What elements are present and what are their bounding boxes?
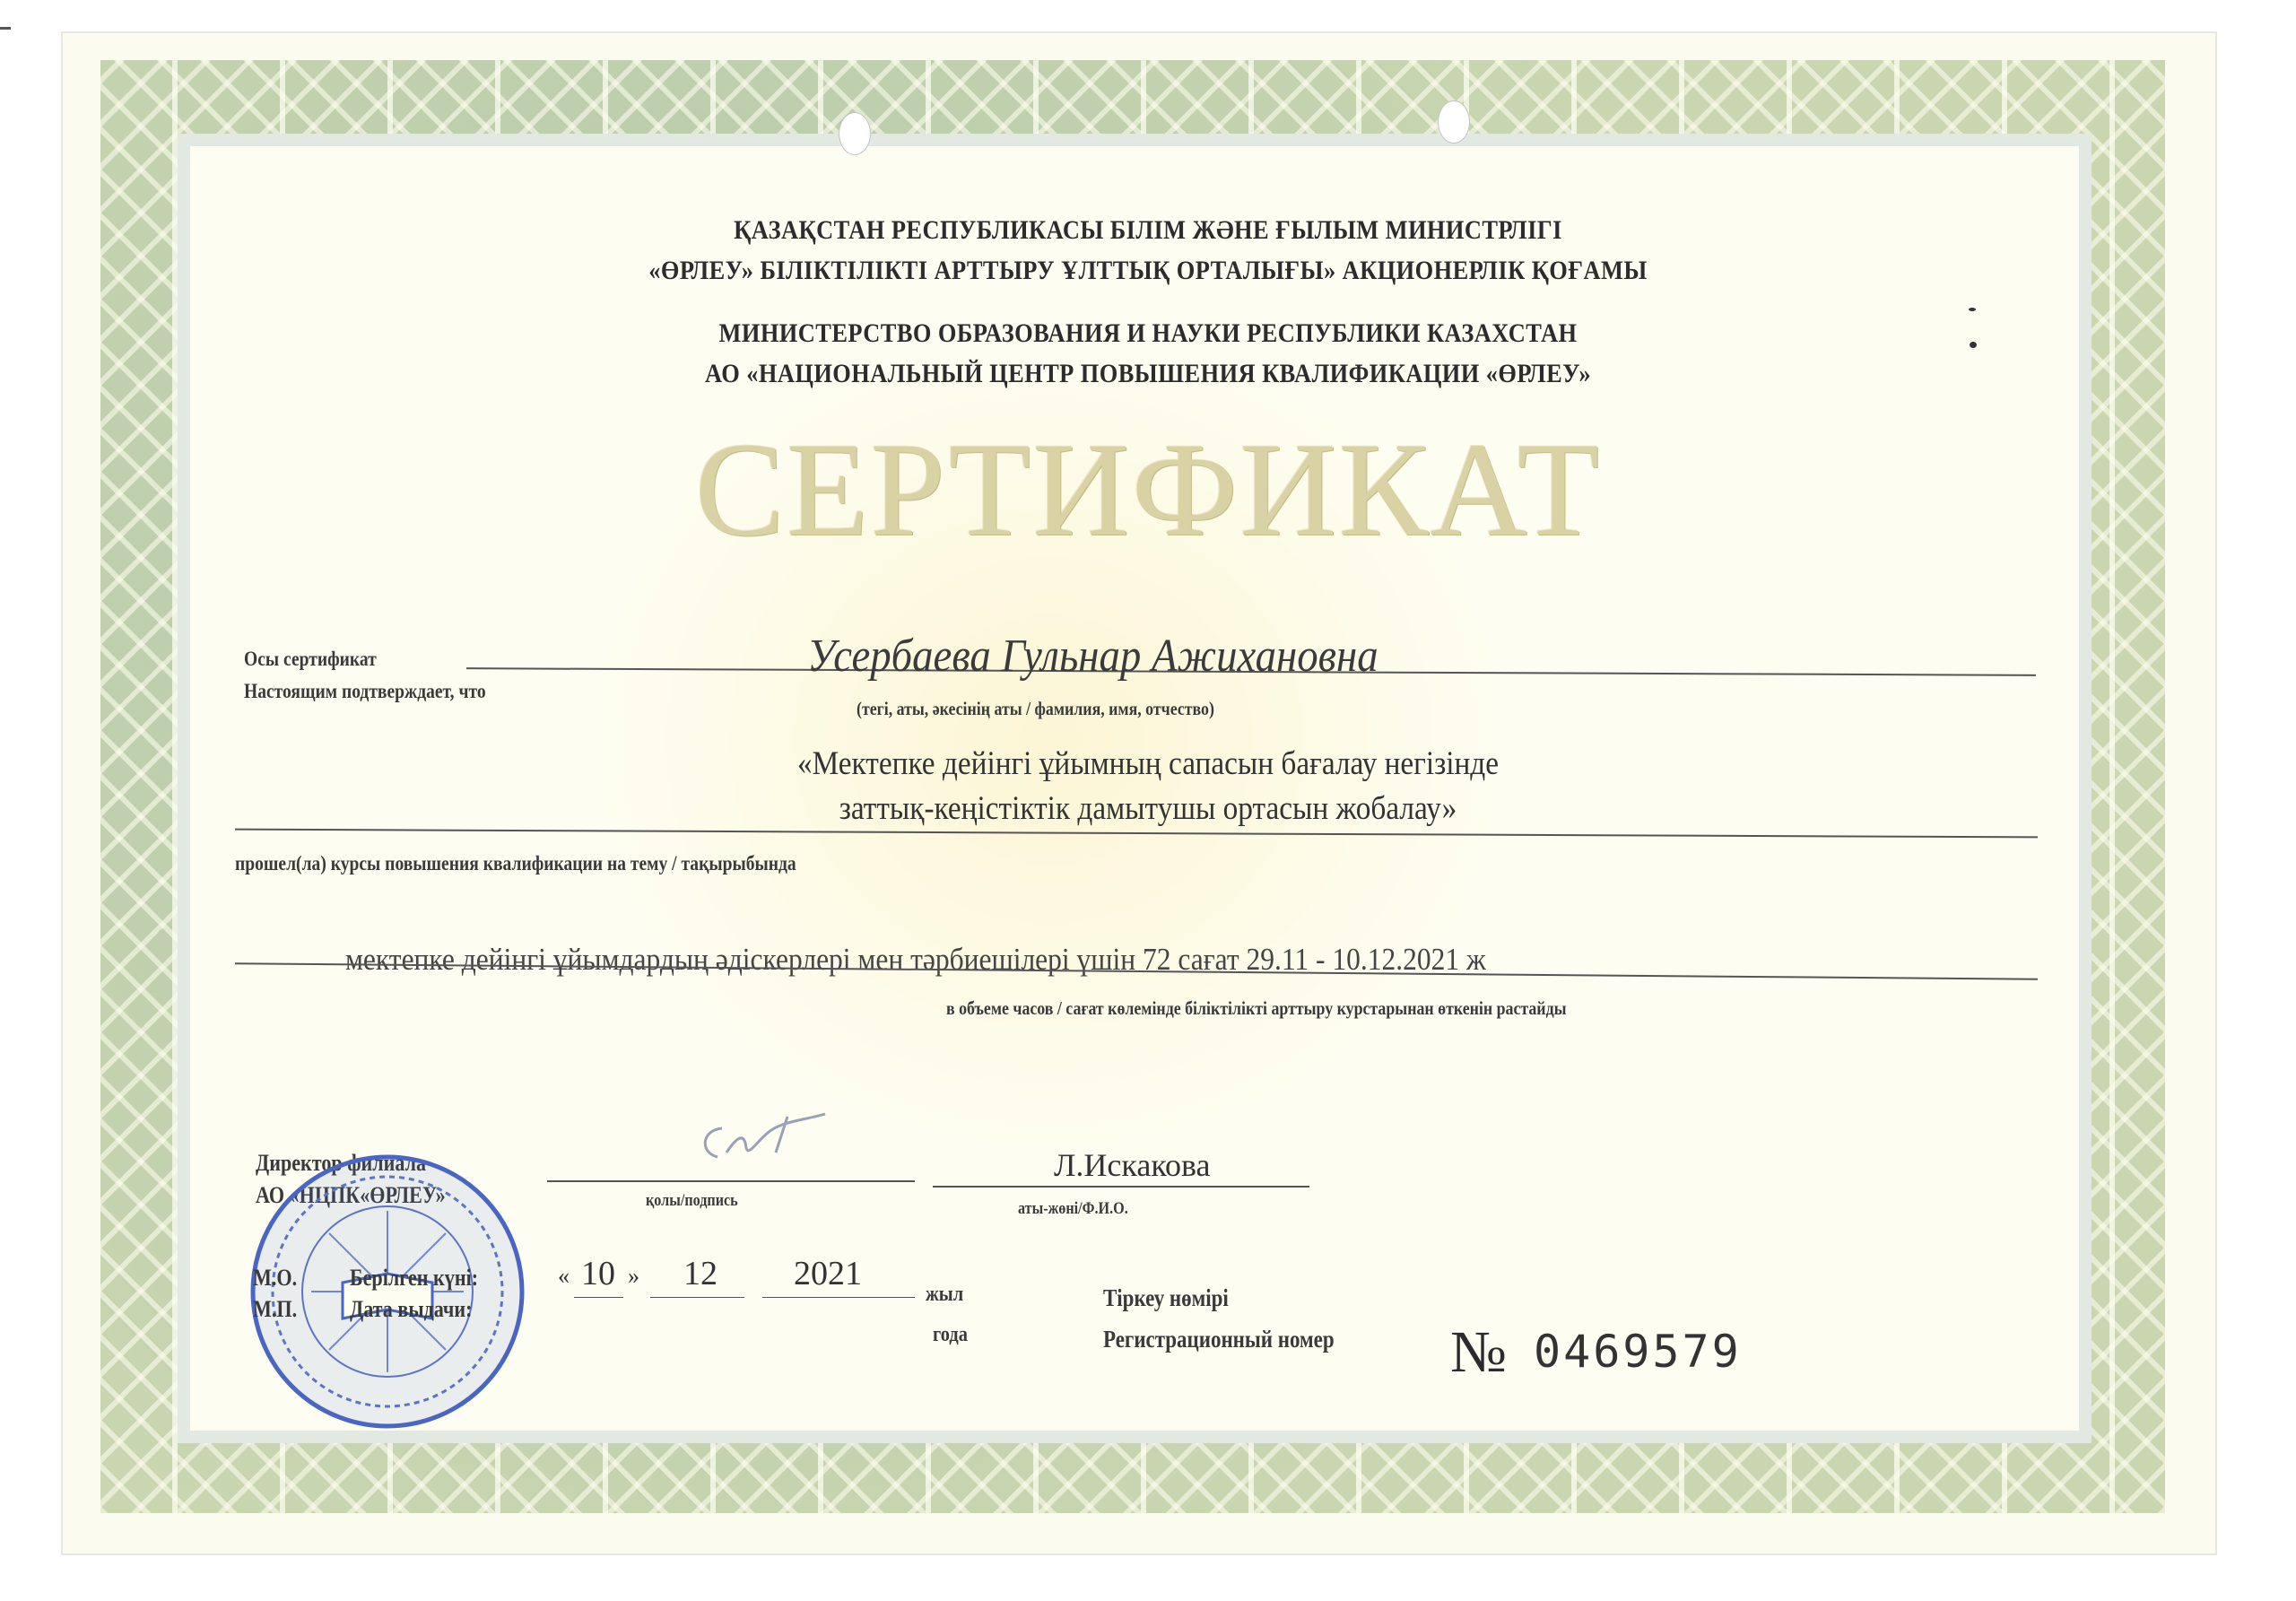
year-label-kz: жыл (926, 1283, 963, 1307)
recipient-caption: (тегі, аты, әкесінің аты / фамилия, имя,… (857, 698, 1214, 720)
year-underline (762, 1297, 915, 1298)
registration-label-kz: Тіркеу нөмірі (1103, 1284, 1229, 1312)
header-kz-line1: ҚАЗАҚСТАН РЕСПУБЛИКАСЫ БІЛІМ ЖӘНЕ ҒЫЛЫМ … (138, 215, 2159, 246)
handwritten-signature (682, 1103, 834, 1175)
punch-hole-right (1438, 100, 1470, 144)
month-underline (650, 1297, 744, 1298)
recipient-label-kz: Осы сертификат (244, 648, 377, 671)
seal-label-kz: М.О. (253, 1265, 297, 1292)
header-ru-line1: МИНИСТЕРСТВО ОБРАЗОВАНИЯ И НАУКИ РЕСПУБЛ… (138, 318, 2159, 349)
issue-year: 2021 (794, 1254, 862, 1293)
issue-month: 12 (683, 1254, 717, 1293)
signature-underline (547, 1180, 915, 1182)
course-title-line1: «Мектепке дейінгі ұйымның сапасын бағала… (115, 744, 2181, 783)
issue-day: 10 (581, 1254, 615, 1293)
registration-number: 0469579 (1534, 1326, 1742, 1378)
name-caption: аты-жөні/Ф.И.О. (1018, 1199, 1128, 1219)
number-sign: № (1450, 1318, 1507, 1387)
punch-hole-left (839, 112, 871, 155)
year-label-ru: года (933, 1323, 968, 1347)
signatory-name: Л.Искакова (1054, 1146, 1210, 1184)
seal-label-ru: М.П. (253, 1296, 297, 1323)
course-title-line2: заттық-кеңістіктік дамытушы ортасын жоба… (115, 789, 2181, 828)
header-kz-line2: «ӨРЛЕУ» БІЛІКТІЛІКТІ АРТТЫРУ ҰЛТТЫҚ ОРТА… (138, 256, 2159, 286)
hours-caption: в объеме часов / сағат көлемінде білікті… (946, 997, 1567, 1020)
header-ru-line2: АО «НАЦИОНАЛЬНЫЙ ЦЕНТР ПОВЫШЕНИЯ КВАЛИФИ… (138, 359, 2159, 389)
date-close-quote: » (628, 1263, 639, 1290)
scan-mark (0, 27, 11, 30)
course-caption: прошел(ла) курсы повышения квалификации … (235, 852, 796, 875)
day-underline (574, 1297, 623, 1298)
issue-date-label-kz: Берілген күні: (350, 1265, 478, 1292)
signature-caption: қолы/подпись (646, 1191, 738, 1211)
certificate-title: СЕРТИФИКАТ (0, 413, 2296, 567)
issue-date-label-ru: Дата выдачи: (350, 1296, 472, 1323)
date-open-quote: « (558, 1263, 570, 1290)
recipient-label-ru: Настоящим подтверждает, что (244, 680, 486, 703)
official-seal-stamp (235, 1148, 540, 1435)
recipient-name: Усербаева Гульнар Ажихановна (807, 630, 1378, 683)
registration-label-ru: Регистрационный номер (1103, 1326, 1335, 1353)
ink-speck (1969, 308, 1976, 311)
name-underline (933, 1186, 1309, 1188)
